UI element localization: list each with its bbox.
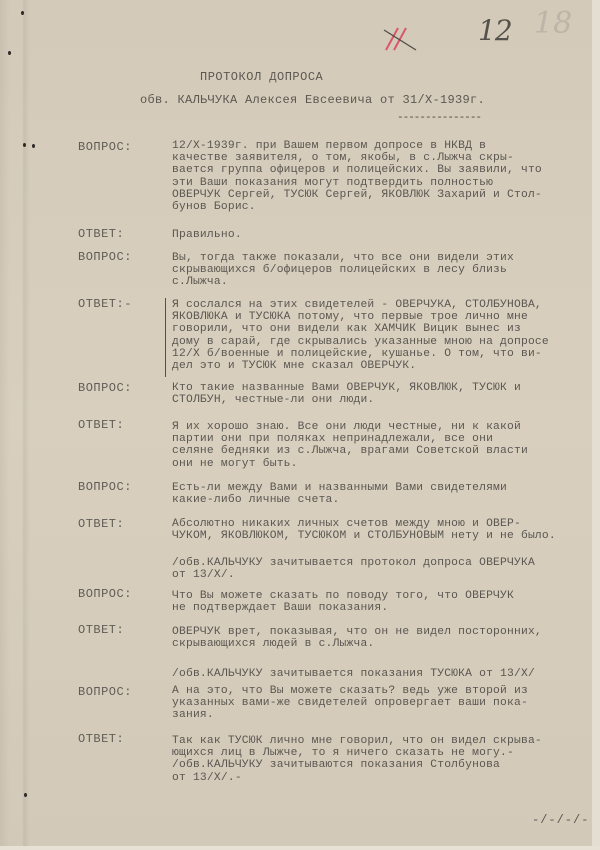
page-edge-bottom (0, 846, 600, 850)
question-label: ВОПРОС: (78, 480, 132, 494)
answer-label: ОТВЕТ:- (78, 297, 132, 311)
document-title: ПРОТОКОЛ ДОПРОСА (200, 70, 323, 84)
answer-label: ОТВЕТ: (78, 623, 124, 637)
margin-bracket (165, 298, 169, 377)
question-text: Что Вы можете сказать по поводу того, чт… (172, 590, 582, 614)
question-label: ВОПРОС: (78, 587, 132, 601)
folio-number-faint: 18 (534, 6, 572, 41)
question-text: Есть-ли между Вами и названными Вами сви… (172, 482, 582, 506)
reading-note: /обв.КАЛЬЧУКУ зачитывается показания ТУС… (172, 668, 582, 680)
question-label: ВОПРОС: (78, 140, 132, 154)
answer-text: Правильно. (172, 229, 582, 241)
answer-text: Так как ТУСЮК лично мне говорил, что он … (172, 735, 582, 784)
binding-hole (32, 144, 35, 148)
answer-label: ОТВЕТ: (78, 418, 124, 432)
question-label: ВОПРОС: (78, 381, 132, 395)
binding-hole (23, 143, 26, 147)
binding-hole (21, 11, 24, 15)
folio-number: 12 (478, 14, 512, 47)
answer-text: Абсолютно никаких личных счетов между мн… (172, 518, 582, 542)
answer-label: ОТВЕТ: (78, 517, 124, 531)
question-text: А на это, что Вы можете сказать? ведь уж… (172, 685, 582, 722)
binding-hole (8, 51, 11, 55)
question-label: ВОПРОС: (78, 685, 132, 699)
answer-text: Я их хорошо знаю. Все они люди честные, … (172, 421, 582, 470)
document-page: 12 18 ПРОТОКОЛ ДОПРОСА обв. КАЛЬЧУКА Але… (0, 0, 600, 850)
answer-label: ОТВЕТ: (78, 732, 124, 746)
binding-hole (24, 793, 27, 797)
subtitle-underline: --------------- (397, 112, 481, 124)
end-mark: -/-/-/- (532, 813, 589, 827)
answer-text: ОВЕРЧУК врет, показывая, что он не видел… (172, 626, 582, 650)
question-text: Вы, тогда также показали, что все они ви… (172, 252, 582, 289)
reading-note: /обв.КАЛЬЧУКУ зачитывается протокол допр… (172, 557, 582, 581)
question-text: Кто такие названные Вами ОВЕРЧУК, ЯКОВЛЮ… (172, 382, 582, 406)
question-text: 12/X-1939г. при Вашем первом допросе в Н… (172, 140, 582, 213)
red-pencil-mark-icon (382, 26, 418, 52)
document-subtitle: обв. КАЛЬЧУКА Алексея Евсеевича от 31/X-… (140, 93, 485, 107)
answer-text: Я сослался на этих свидетелей - ОВЕРЧУКА… (172, 299, 582, 372)
page-edge (592, 0, 600, 850)
question-label: ВОПРОС: (78, 250, 132, 264)
answer-label: ОТВЕТ: (78, 227, 124, 241)
